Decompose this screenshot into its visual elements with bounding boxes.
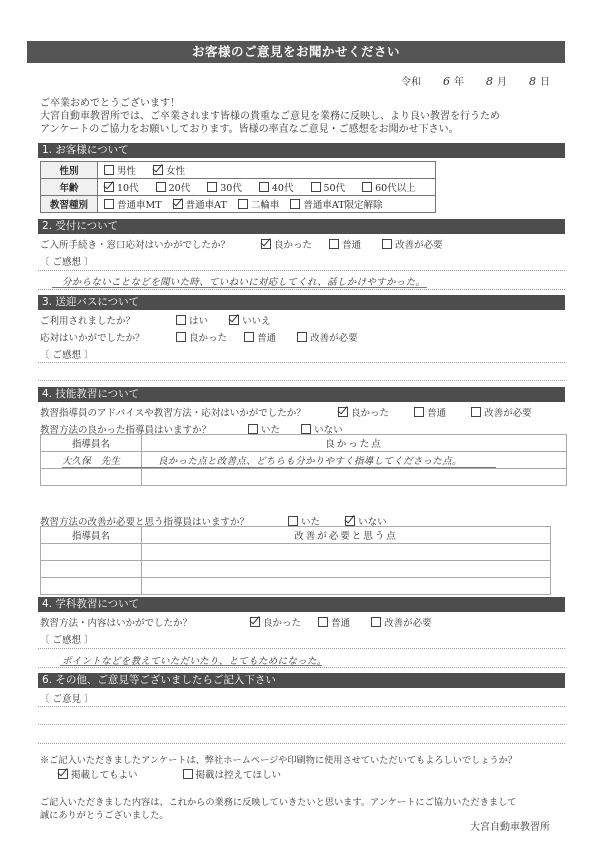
- option-label: 普通車MT: [117, 200, 162, 211]
- checkbox-icon: [156, 182, 166, 192]
- checkbox-course-mt[interactable]: 普通車MT: [104, 197, 162, 211]
- checkbox-course-at-limit-removal[interactable]: 普通車AT限定解除: [290, 197, 382, 211]
- checkbox-age-40s[interactable]: 40代: [259, 180, 294, 194]
- divider: [38, 648, 565, 649]
- checked-box-icon: [58, 769, 68, 779]
- checkbox-age-50s[interactable]: 50代: [311, 180, 346, 194]
- form-title: お客様のご意見をお聞かせください: [27, 41, 565, 63]
- table-header-row: 指導員名 良かった点: [41, 435, 567, 452]
- option-label: 普通: [342, 240, 361, 251]
- checkbox-age-10s[interactable]: 10代: [104, 180, 139, 194]
- option-label: 良かった: [351, 408, 389, 419]
- good-points-cell[interactable]: 良かった点と改善点、どちらも分かりやすく指導してくださった点。: [142, 452, 567, 469]
- divider: [38, 706, 565, 707]
- date-line: 令和 6 年 8 月 8 日: [401, 73, 550, 88]
- red-underline: [60, 665, 322, 666]
- checked-box-icon: [345, 516, 355, 526]
- improvement-points-cell[interactable]: [142, 578, 551, 595]
- instructor-name-header: 指導員名: [41, 435, 142, 452]
- checkbox-bus-good[interactable]: 良かった: [176, 330, 227, 344]
- checkbox-bus-needs-improvement[interactable]: 改善が必要: [297, 330, 358, 344]
- reception-comment[interactable]: 分からないことなどを聞いた時、ていねいに対応してくれ、話しかけやすかった。: [62, 274, 425, 288]
- instructor-name-cell[interactable]: [41, 544, 142, 561]
- good-points-cell[interactable]: [142, 469, 567, 486]
- checkbox-practical-good[interactable]: 良かった: [338, 405, 389, 419]
- closing-line: 誠にありがとうございました。: [40, 807, 169, 821]
- option-label: 30代: [220, 183, 242, 194]
- section-reception-header: 2. 受付について: [38, 219, 565, 234]
- table-row-course: 教習種別 普通車MT 普通車AT 二輪車 普通車AT限定解除: [41, 196, 436, 213]
- option-label: 良かった: [274, 240, 312, 251]
- divider: [38, 667, 565, 668]
- closing-line: ご記入いただきました内容は、これからの業務に反映していきたいと思います。アンケー…: [40, 794, 516, 808]
- checked-box-icon: [229, 315, 239, 325]
- instructor-name: 大久保 先生: [62, 456, 121, 467]
- bus-service-row: 応対はいかがでしたか？ 良かった 普通 改善が必要: [40, 330, 372, 344]
- option-label: 普通車AT: [186, 200, 227, 211]
- checkbox-age-30s[interactable]: 30代: [207, 180, 242, 194]
- checked-box-icon: [261, 239, 271, 249]
- bus-usage-row: ご利用されましたか？ はい いいえ: [40, 313, 285, 327]
- option-label: 掲載は控えてほしい: [196, 770, 282, 781]
- checkbox-icon: [176, 332, 186, 342]
- table-row: [41, 578, 551, 595]
- checkbox-practical-needs-improvement[interactable]: 改善が必要: [471, 405, 532, 419]
- date-year[interactable]: 6: [443, 75, 450, 88]
- bus-usage-question: ご利用されましたか？: [40, 313, 173, 327]
- divider: [38, 724, 565, 725]
- checkbox-icon: [244, 332, 254, 342]
- option-label: 掲載してもよい: [71, 770, 138, 781]
- date-era: 令和: [401, 73, 421, 88]
- checked-box-icon: [104, 182, 114, 192]
- other-comment-label: 〔 ご意見 〕: [40, 691, 94, 705]
- instructor-name-cell[interactable]: [41, 561, 142, 578]
- instructor-name-cell[interactable]: 大久保 先生: [41, 452, 142, 469]
- divider: [38, 743, 565, 744]
- checkbox-icon: [382, 239, 392, 249]
- reception-question: ご入所手続き・窓口応対はいかがでしたか？: [40, 237, 258, 251]
- good-instructor-table: 指導員名 良かった点 大久保 先生 良かった点と改善点、どちらも分かりやすく指導…: [40, 434, 567, 486]
- date-month-unit: 月: [497, 73, 507, 88]
- improvement-points-cell[interactable]: [142, 561, 551, 578]
- reception-comment-label: 〔 ご感想 〕: [40, 254, 94, 268]
- checkbox-consent-allow[interactable]: 掲載してもよい: [58, 767, 138, 781]
- option-label: 10代: [117, 183, 139, 194]
- section-shuttle-bus-header: 3. 送迎バスについて: [38, 295, 565, 310]
- consent-options-row: 掲載してもよい 掲載は控えてほしい: [58, 767, 295, 781]
- intro-text: ご卒業おめでとうございます！ 大宮自動車教習所では、ご卒業されます皆様の貴重なご…: [40, 97, 500, 136]
- option-label: 二輪車: [251, 200, 280, 211]
- checkbox-icon: [290, 199, 300, 209]
- table-row-gender: 性別 男性 女性: [41, 162, 436, 179]
- consent-question: ※ご記入いただきましたアンケートは、弊社ホームページや印刷物に使用させていただい…: [40, 752, 517, 766]
- checkbox-icon: [301, 424, 311, 434]
- checkbox-icon: [471, 407, 481, 417]
- checkbox-icon: [104, 199, 114, 209]
- divider: [38, 270, 565, 271]
- option-label: 50代: [324, 183, 346, 194]
- section-classroom-lessons-header: 4. 学科教習について: [38, 597, 565, 612]
- checkbox-classroom-normal[interactable]: 普通: [318, 615, 350, 629]
- table-row: [41, 544, 551, 561]
- checked-box-icon: [153, 165, 163, 175]
- instructor-name-cell[interactable]: [41, 578, 142, 595]
- checkbox-icon: [207, 182, 217, 192]
- improvement-points-header: 改善が必要と思う点: [142, 527, 551, 544]
- intro-line: ご卒業おめでとうございます！: [40, 97, 500, 110]
- option-label: 良かった: [263, 618, 301, 629]
- age-label: 年齢: [41, 179, 98, 196]
- option-label: 改善が必要: [484, 408, 532, 419]
- red-underline: [62, 467, 496, 468]
- classroom-comment-label: 〔 ご感想 〕: [40, 632, 94, 646]
- option-label: 普通車AT限定解除: [303, 200, 382, 211]
- checkbox-icon: [414, 407, 424, 417]
- checkbox-icon: [259, 182, 269, 192]
- good-points-text: 良かった点と改善点、どちらも分かりやすく指導してくださった点。: [158, 456, 462, 467]
- table-row: [41, 469, 567, 486]
- table-row-age: 年齢 10代 20代 30代 40代 50代 60代以上: [41, 179, 436, 196]
- checkbox-classroom-needs-improvement[interactable]: 改善が必要: [371, 615, 432, 629]
- checkbox-reception-good[interactable]: 良かった: [261, 237, 312, 251]
- age-options: 10代 20代 30代 40代 50代 60代以上: [98, 179, 436, 196]
- gender-options: 男性 女性: [98, 162, 436, 179]
- date-month[interactable]: 8: [486, 75, 493, 88]
- option-label: 改善が必要: [310, 333, 358, 344]
- checkbox-icon: [183, 769, 193, 779]
- classroom-question-row: 教習方法・内容はいかがでしたか？ 良かった 普通 改善が必要: [40, 615, 446, 629]
- checkbox-icon: [371, 617, 381, 627]
- table-header-row: 指導員名 改善が必要と思う点: [41, 527, 551, 544]
- practical-question-row: 教習指導員のアドバイスや教習方法・応対はいかがでしたか？ 良かった 普通 改善が…: [40, 405, 546, 419]
- checkbox-icon: [248, 424, 258, 434]
- option-label: 女性: [166, 166, 185, 177]
- option-label: 普通: [427, 408, 446, 419]
- checkbox-course-at[interactable]: 普通車AT: [173, 197, 227, 211]
- gender-label: 性別: [41, 162, 98, 179]
- checked-box-icon: [173, 199, 183, 209]
- course-label: 教習種別: [41, 196, 98, 213]
- checkbox-age-60s-plus[interactable]: 60代以上: [362, 180, 416, 194]
- checkbox-icon: [238, 199, 248, 209]
- checkbox-bus-normal[interactable]: 普通: [244, 330, 276, 344]
- option-label: 普通: [331, 618, 350, 629]
- reception-question-row: ご入所手続き・窓口応対はいかがでしたか？ 良かった 普通 改善が必要: [40, 237, 457, 251]
- checkbox-course-motorcycle[interactable]: 二輪車: [238, 197, 280, 211]
- option-label: 20代: [169, 183, 191, 194]
- option-label: 男性: [117, 166, 136, 177]
- red-underline: [52, 287, 427, 288]
- table-row: 大久保 先生 良かった点と改善点、どちらも分かりやすく指導してくださった点。: [41, 452, 567, 469]
- checkbox-female[interactable]: 女性: [153, 163, 185, 177]
- date-year-unit: 年: [454, 73, 464, 88]
- option-label: はい: [189, 316, 208, 327]
- bus-service-question: 応対はいかがでしたか？: [40, 330, 173, 344]
- checkbox-icon: [176, 315, 186, 325]
- option-label: 良かった: [189, 333, 227, 344]
- section-customer-header: 1. お客様について: [38, 143, 565, 158]
- checkbox-classroom-good[interactable]: 良かった: [250, 615, 301, 629]
- checkbox-practical-normal[interactable]: 普通: [414, 405, 446, 419]
- improve-instructor-table: 指導員名 改善が必要と思う点: [40, 526, 551, 595]
- checkbox-icon: [104, 165, 114, 175]
- checkbox-icon: [362, 182, 372, 192]
- divider: [38, 380, 565, 381]
- checkbox-bus-yes[interactable]: はい: [176, 313, 208, 327]
- checkbox-reception-normal[interactable]: 普通: [329, 237, 361, 251]
- checked-box-icon: [250, 617, 260, 627]
- checkbox-bus-no[interactable]: いいえ: [229, 313, 271, 327]
- customer-info-table: 性別 男性 女性 年齢 10代 20代 30代 40代 50代 60代以上 教習…: [40, 161, 436, 213]
- checkbox-icon: [297, 332, 307, 342]
- organization-name: 大宮自動車教習所: [470, 818, 550, 833]
- checkbox-icon: [311, 182, 321, 192]
- intro-line: アンケートのご協力をお願いしております。皆様の率直なご意見・ご感想をお聞かせ下さ…: [40, 123, 500, 136]
- option-label: 改善が必要: [395, 240, 443, 251]
- date-day[interactable]: 8: [529, 75, 536, 88]
- option-label: 60代以上: [375, 183, 416, 194]
- checkbox-icon: [329, 239, 339, 249]
- option-label: 40代: [272, 183, 294, 194]
- option-label: 改善が必要: [384, 618, 432, 629]
- bus-comment-label: 〔 ご感想 〕: [40, 347, 94, 361]
- checkbox-icon: [318, 617, 328, 627]
- checked-box-icon: [338, 407, 348, 417]
- course-options: 普通車MT 普通車AT 二輪車 普通車AT限定解除: [98, 196, 436, 213]
- option-label: いいえ: [242, 316, 271, 327]
- classroom-question: 教習方法・内容はいかがでしたか？: [40, 615, 247, 629]
- checkbox-reception-needs-improvement[interactable]: 改善が必要: [382, 237, 443, 251]
- checkbox-age-20s[interactable]: 20代: [156, 180, 191, 194]
- checkbox-icon: [288, 516, 298, 526]
- divider: [38, 362, 565, 363]
- checkbox-consent-decline[interactable]: 掲載は控えてほしい: [183, 767, 282, 781]
- improvement-points-cell[interactable]: [142, 544, 551, 561]
- good-points-header: 良かった点: [142, 435, 567, 452]
- section-other-header: 6. その他、ご意見等ございましたらご記入下さい: [38, 673, 565, 688]
- divider: [38, 289, 565, 290]
- practical-question: 教習指導員のアドバイスや教習方法・応対はいかがでしたか？: [40, 405, 335, 419]
- checkbox-male[interactable]: 男性: [104, 163, 136, 177]
- intro-line: 大宮自動車教習所では、ご卒業されます皆様の貴重なご意見を業務に反映し、より良い教…: [40, 110, 500, 123]
- date-day-unit: 日: [540, 73, 550, 88]
- option-label: 普通: [257, 333, 276, 344]
- table-row: [41, 561, 551, 578]
- section-practical-lessons-header: 4. 技能教習について: [38, 387, 565, 402]
- instructor-name-header: 指導員名: [41, 527, 142, 544]
- instructor-name-cell[interactable]: [41, 469, 142, 486]
